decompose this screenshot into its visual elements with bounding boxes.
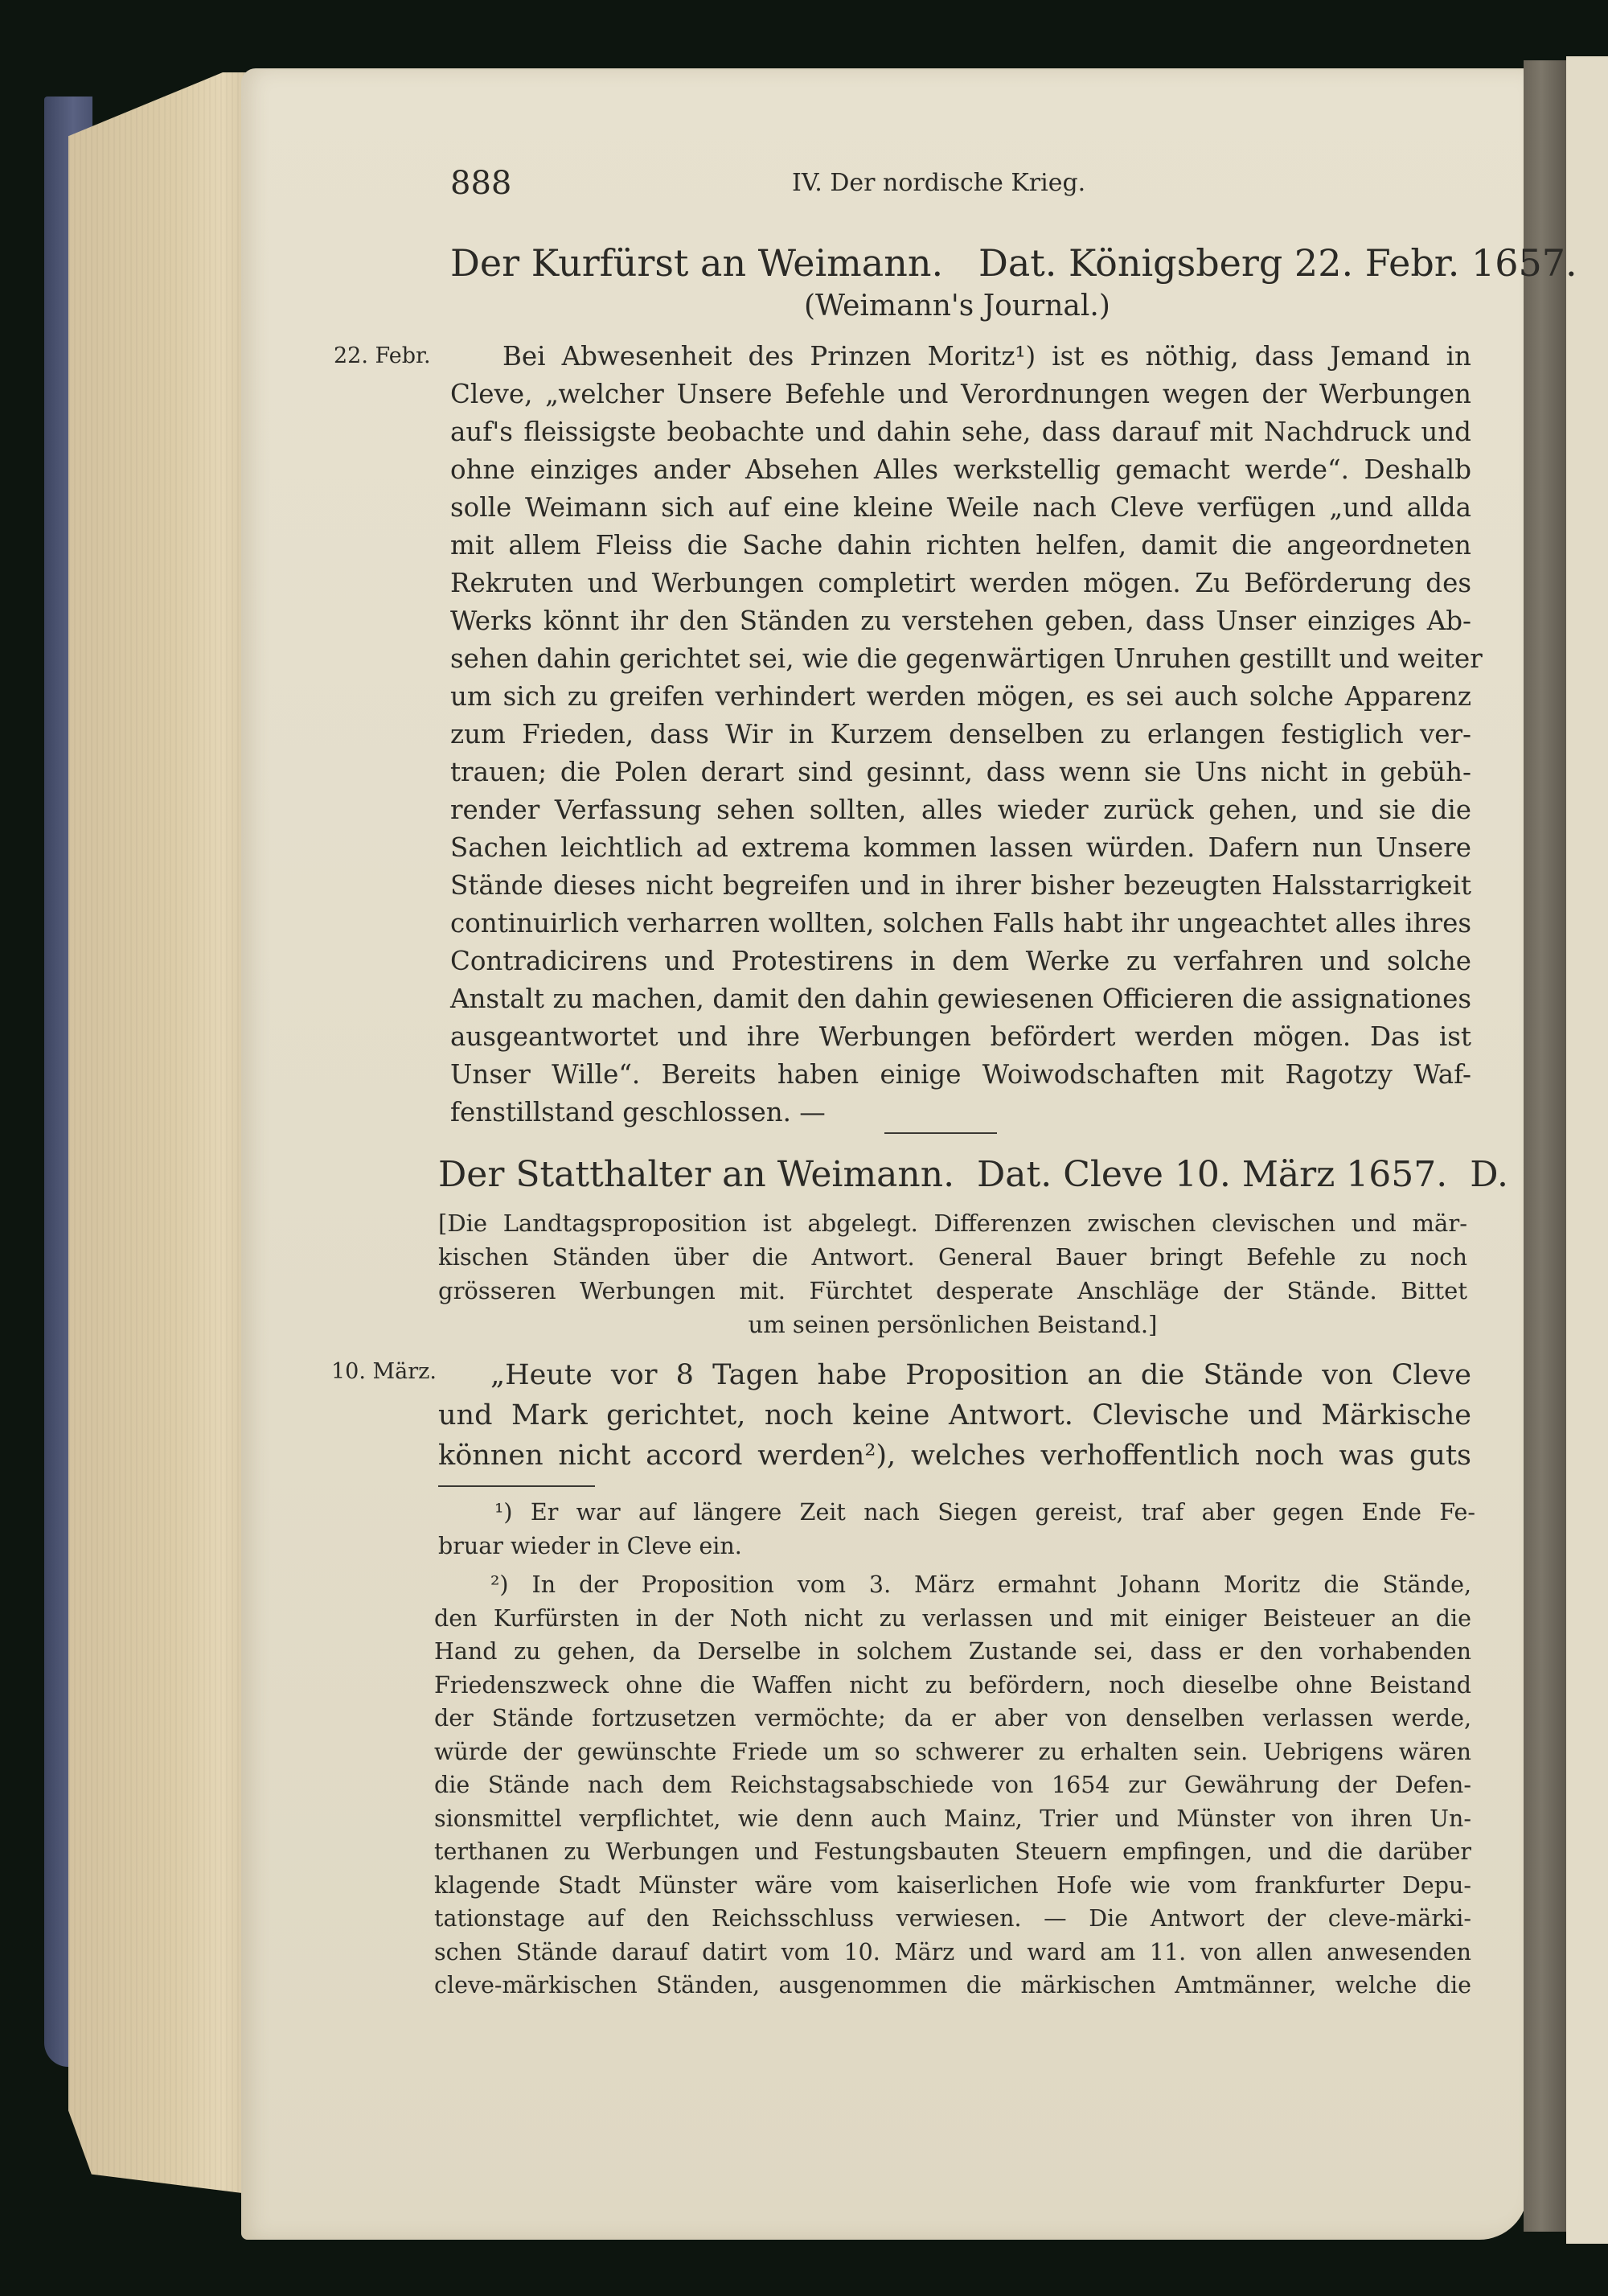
body-line: sehen dahin gerichtet sei, wie die gegen… (450, 640, 1471, 678)
footnote-line: würde der gewünschte Friede um so schwer… (434, 1735, 1471, 1769)
footnote-line: die Stände nach dem Reichstagsabschiede … (434, 1768, 1471, 1802)
letter1-source: (Weimann's Journal.) (804, 290, 1110, 322)
body-line: auf's fleissigste beobachte und dahin se… (450, 413, 1471, 451)
footnote-line: der Stände fortzusetzen vermöchte; da er… (434, 1702, 1471, 1735)
body-line: ausgeantwortet und ihre Werbungen beförd… (450, 1018, 1471, 1056)
footnote-line: den Kurfürsten in der Noth nicht zu verl… (434, 1602, 1471, 1636)
body-line: um sich zu greifen verhindert werden mög… (450, 678, 1471, 716)
body-line: solle Weimann sich auf eine kleine Weile… (450, 489, 1471, 527)
facing-page-edge (1566, 56, 1608, 2244)
body-line: Bei Abwesenheit des Prinzen Moritz¹) ist… (503, 338, 1471, 376)
footnote-line: sionsmittel verpflichtet, wie denn auch … (434, 1802, 1471, 1836)
body-line: render Verfassung sehen sollten, alles w… (450, 791, 1471, 829)
body-line: Sachen leichtlich ad extrema kommen lass… (450, 829, 1471, 867)
footnote-line: Friedenszweck ohne die Waffen nicht zu b… (434, 1669, 1471, 1702)
footnote-separator (438, 1485, 595, 1487)
book-gutter (1524, 60, 1568, 2232)
page-edge-block (68, 72, 261, 2195)
body-line: continuirlich verharren wollten, solchen… (450, 905, 1471, 943)
body-line: Contradicirens und Protestirens in dem W… (450, 943, 1471, 980)
footnote-line: cleve-märkischen Ständen, ausgenommen di… (434, 1969, 1471, 2002)
footnote-line: tationstage auf den Reichsschluss verwie… (434, 1902, 1471, 1936)
footnote-line: klagende Stadt Münster wäre vom kaiserli… (434, 1869, 1471, 1903)
summary-line: grösseren Werbungen mit. Fürchtet desper… (438, 1274, 1467, 1308)
page-number: 888 (450, 165, 511, 202)
running-head: IV. Der nordische Krieg. (792, 169, 1085, 197)
letter1-title: Der Kurfürst an Weimann. Dat. Königsberg… (450, 241, 1577, 285)
letter2-margin-date: 10. März. (331, 1359, 437, 1384)
footnote-line: ¹) Er war auf längere Zeit nach Siegen g… (494, 1496, 1475, 1530)
body-line: Cleve, „welcher Unsere Befehle und Veror… (450, 376, 1471, 413)
footnote-1: ¹) Er war auf längere Zeit nach Siegen g… (438, 1496, 1475, 1576)
body-line: trauen; die Polen derart sind gesinnt, d… (450, 754, 1471, 791)
body-line: fenstillstand geschlossen. — (450, 1094, 1471, 1132)
body-line: Unser Wille“. Bereits haben einige Woiwo… (450, 1056, 1471, 1094)
body-line: Stände dieses nicht begreifen und in ihr… (450, 867, 1471, 905)
body-line: „Heute vor 8 Tagen habe Proposition an d… (490, 1355, 1471, 1395)
body-line: zum Frieden, dass Wir in Kurzem denselbe… (450, 716, 1471, 754)
letter2-summary: [Die Landtagsproposition ist abgelegt. D… (438, 1206, 1467, 1351)
footnote-line: schen Stände darauf datirt vom 10. März … (434, 1936, 1471, 1969)
body-line: Werks könnt ihr den Ständen zu verstehen… (450, 602, 1471, 640)
footnote-line: terthanen zu Werbungen und Festungsbaute… (434, 1835, 1471, 1869)
body-line: Anstalt zu machen, damit den dahin gewie… (450, 980, 1471, 1018)
body-line: können nicht accord werden²), welches ve… (438, 1436, 1471, 1476)
body-line: Rekruten und Werbungen completirt werden… (450, 565, 1471, 602)
letter1-body: Bei Abwesenheit des Prinzen Moritz¹) ist… (450, 338, 1471, 1142)
body-line: und Mark gerichtet, noch keine Antwort. … (438, 1395, 1471, 1436)
letter2-title: Der Statthalter an Weimann. Dat. Cleve 1… (438, 1154, 1508, 1195)
summary-line: kischen Ständen über die Antwort. Genera… (438, 1240, 1467, 1274)
summary-line: [Die Landtagsproposition ist abgelegt. D… (438, 1206, 1467, 1240)
summary-line: um seinen persönlichen Beistand.] (438, 1308, 1467, 1341)
section-divider (884, 1132, 997, 1134)
footnote-line: ²) In der Proposition vom 3. März ermahn… (490, 1568, 1471, 1602)
body-line: mit allem Fleiss die Sache dahin richten… (450, 527, 1471, 565)
footnote-2: ²) In der Proposition vom 3. März ermahn… (434, 1568, 1471, 2019)
letter2-body: „Heute vor 8 Tagen habe Proposition an d… (438, 1355, 1471, 1476)
footnote-line: bruar wieder in Cleve ein. (438, 1530, 1475, 1563)
letter1-margin-date: 22. Febr. (334, 343, 431, 368)
body-line: ohne einziges ander Absehen Alles werkst… (450, 451, 1471, 489)
footnote-line: Hand zu gehen, da Derselbe in solchem Zu… (434, 1635, 1471, 1669)
